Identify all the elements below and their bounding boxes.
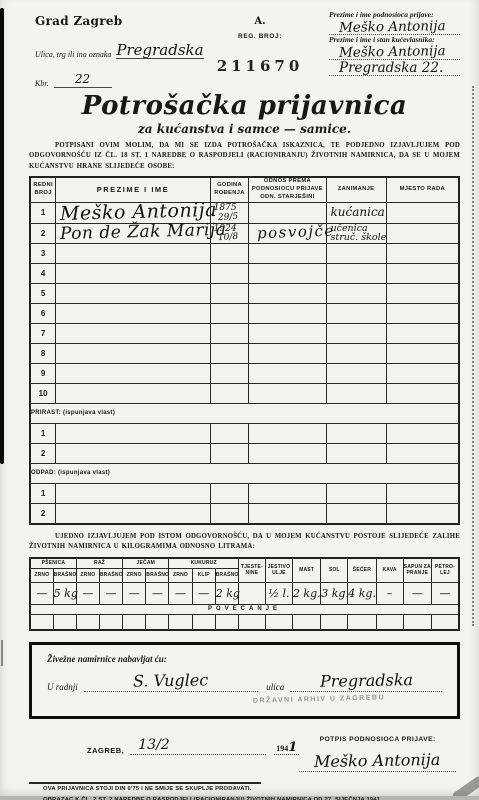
purchase-declaration-box: Živežne namirnice nabavljat ću: U radnji… bbox=[29, 642, 460, 719]
supply-value-handwritten: 2 kg bbox=[216, 587, 240, 600]
occupation-cell bbox=[326, 283, 386, 303]
occupation-handwritten: kućanica bbox=[327, 207, 386, 218]
house-number-row: Kbr. 22 bbox=[29, 72, 201, 87]
supply-cell: 4 kg. bbox=[348, 582, 376, 604]
relation-cell bbox=[249, 202, 326, 223]
occupation-cell bbox=[326, 363, 386, 383]
signature-handwritten: Meško Antonija bbox=[314, 752, 441, 769]
occupation-cell bbox=[326, 243, 386, 263]
name-cell bbox=[56, 303, 210, 323]
name-cell bbox=[56, 483, 210, 503]
supply-value-handwritten: ½ l. bbox=[268, 587, 289, 600]
row-number: 5 bbox=[30, 283, 56, 303]
person-row-3: 3 bbox=[30, 243, 459, 263]
workplace-cell bbox=[386, 343, 459, 363]
relation-cell bbox=[249, 443, 326, 463]
street-label-small: ulica bbox=[266, 682, 284, 692]
workplace-cell bbox=[386, 223, 459, 243]
household-table-body: 1 Meško Antonija 1875 29/5 kućanica 2 Po… bbox=[30, 202, 459, 524]
occupation-cell bbox=[326, 443, 386, 463]
supplies-values-row: — 5 kg — — — — — — 2 kg ½ l. 2 kg. 3 kg.… bbox=[30, 582, 459, 604]
house-number-handwritten: 22 bbox=[75, 72, 90, 86]
person-row-5: 5 bbox=[30, 283, 459, 303]
archive-stamp: DRŽAVNI ARHIV U ZAGREBU bbox=[253, 694, 385, 704]
supply-value-handwritten: 5 kg bbox=[54, 587, 78, 600]
empty-cell bbox=[321, 614, 348, 630]
empty-cell bbox=[123, 614, 146, 630]
house-owner-address-handwritten: Pregradska 22. bbox=[339, 62, 443, 75]
workplace-cell bbox=[386, 503, 459, 524]
birth-day-handwritten: 10/8 bbox=[214, 232, 252, 243]
supply-value-handwritten: — bbox=[36, 587, 47, 600]
col-header-salt: SOL bbox=[321, 558, 348, 583]
relation-cell bbox=[249, 263, 326, 283]
supply-cell: — bbox=[123, 582, 146, 604]
house-owner-name-handwritten: Meško Antonija bbox=[339, 45, 446, 60]
signature-line: Meško Antonija bbox=[299, 753, 456, 772]
supply-value-handwritten: — bbox=[82, 587, 93, 600]
name-cell bbox=[56, 243, 210, 263]
person-row-10: 10 bbox=[30, 383, 459, 403]
empty-cell bbox=[376, 614, 403, 630]
supply-cell: ½ l. bbox=[265, 582, 292, 604]
sub-header-flour: BRAŠNO bbox=[53, 568, 76, 582]
supply-cell: — bbox=[76, 582, 99, 604]
row-number: 1 bbox=[30, 483, 56, 503]
empty-cell bbox=[403, 614, 431, 630]
sub-header-grain: ZRNO bbox=[30, 568, 53, 582]
sub-header-flour: BRAŠNO bbox=[215, 568, 238, 582]
signature-block: POTPIS PODNOSIOCA PRIJAVE: Meško Antonij… bbox=[299, 736, 456, 772]
empty-cell bbox=[53, 614, 76, 630]
row-number: 3 bbox=[30, 243, 56, 263]
date-city-label: ZAGREB, bbox=[87, 746, 124, 755]
occupation-cell bbox=[326, 383, 386, 403]
household-table-head: REDNI BROJ PREZIME I IME GODINA ROĐENJA … bbox=[30, 177, 459, 202]
row-number: 4 bbox=[30, 263, 56, 283]
birth-cell bbox=[210, 483, 249, 503]
odpad-band-row: ODPAD: (ispunjava vlast) bbox=[30, 463, 459, 483]
name-cell bbox=[56, 503, 210, 524]
supplies-declaration-paragraph: UJEDNO IZJAVLJUJEM POD ISTOM ODGOVORNOŠĆ… bbox=[29, 532, 460, 553]
sub-header-grain: ZRNO bbox=[123, 568, 146, 582]
occupation-line2-handwritten: struč. škole bbox=[327, 233, 386, 242]
sub-header-grain: ZRNO bbox=[169, 568, 192, 582]
date-signature-row: ZAGREB, 13/2 1941 POTPIS PODNOSIOCA PRIJ… bbox=[29, 736, 460, 772]
odpad-row-2: 2 bbox=[30, 503, 459, 524]
name-cell bbox=[56, 443, 210, 463]
name-cell bbox=[56, 423, 210, 443]
supply-cell: – bbox=[376, 582, 403, 604]
relation-cell bbox=[249, 423, 326, 443]
supply-value-handwritten: 3 kg. bbox=[321, 587, 349, 600]
supply-value-handwritten: — bbox=[152, 587, 163, 600]
supply-cell: — bbox=[99, 582, 122, 604]
supplies-table-head: PŠENICA RAŽ JEČAM KUKURUZ TJESTE-NINE JE… bbox=[30, 558, 459, 583]
birth-cell bbox=[210, 423, 249, 443]
supply-value-handwritten: — bbox=[106, 587, 117, 600]
scanned-form-page: Grad Zagreb Ulica, trg ili ina oznaka Pr… bbox=[0, 0, 479, 800]
footer-notes: OVA PRIJAVNICA STOJI DIN 0'75 I NE SMIJE… bbox=[29, 782, 460, 800]
col-header-number: REDNI BROJ bbox=[30, 177, 56, 202]
birth-cell bbox=[210, 303, 249, 323]
birth-cell bbox=[210, 443, 249, 463]
relation-cell bbox=[249, 283, 326, 303]
row-number: 1 bbox=[30, 423, 56, 443]
col-header-petroleum: PETRO-LEJ bbox=[431, 558, 459, 583]
birth-cell bbox=[210, 263, 249, 283]
form-header: Grad Zagreb Ulica, trg ili ina oznaka Pr… bbox=[29, 10, 460, 88]
relation-cell bbox=[249, 483, 326, 503]
col-header-relation: ODNOS PREMA PODNOSIOCU PRIJAVE ODN. STAR… bbox=[249, 177, 326, 202]
relation-cell bbox=[249, 363, 326, 383]
house-owner-name-line: Meško Antonija bbox=[329, 44, 460, 60]
name-cell bbox=[56, 323, 210, 343]
birth-cell bbox=[210, 383, 249, 403]
col-header-sugar: ŠEĆER bbox=[348, 558, 376, 583]
registry-number-stamp: 211670 bbox=[201, 57, 319, 75]
name-cell: Pon de Žak Marija bbox=[56, 223, 210, 243]
col-header-pasta: TJESTE-NINE bbox=[238, 558, 265, 583]
odpad-row-1: 1 bbox=[30, 483, 459, 503]
supply-cell: — bbox=[169, 582, 192, 604]
occupation-cell bbox=[326, 423, 386, 443]
purchase-heading: Živežne namirnice nabavljat ću: bbox=[47, 654, 442, 664]
occupation-cell bbox=[326, 483, 386, 503]
supplies-table-body: — 5 kg — — — — — — 2 kg ½ l. 2 kg. 3 kg.… bbox=[30, 582, 459, 630]
form-content: Grad Zagreb Ulica, trg ili ina oznaka Pr… bbox=[0, 0, 479, 800]
group-header-wheat: PŠENICA bbox=[30, 558, 76, 569]
prirast-band-row: PRIRAST: (ispunjava vlast) bbox=[30, 403, 459, 423]
person-row-4: 4 bbox=[30, 263, 459, 283]
workplace-cell bbox=[386, 363, 459, 383]
footer-note-legal: OBRAZAC K ČL. 2 ST. 2 NAREDBE O RASPODJE… bbox=[29, 795, 460, 800]
empty-cell bbox=[146, 614, 169, 630]
relation-cell bbox=[249, 343, 326, 363]
group-header-barley: JEČAM bbox=[123, 558, 169, 569]
occupation-cell bbox=[326, 323, 386, 343]
birth-cell bbox=[210, 283, 249, 303]
applicant-line: Meško Antonija bbox=[329, 19, 460, 35]
sub-header-flour: BRAŠNO bbox=[146, 568, 169, 582]
person-row-8: 8 bbox=[30, 343, 459, 363]
name-cell bbox=[56, 263, 210, 283]
workplace-cell bbox=[386, 443, 459, 463]
supply-cell: — bbox=[192, 582, 215, 604]
street-label: Ulica, trg ili ina oznaka bbox=[35, 50, 111, 59]
date-block: ZAGREB, 13/2 1941 bbox=[87, 736, 299, 755]
street-row: Ulica, trg ili ina oznaka Pregradska bbox=[29, 43, 201, 59]
relation-cell bbox=[249, 503, 326, 524]
city-name: Grad Zagreb bbox=[29, 10, 201, 28]
shop-label: U radnji bbox=[47, 682, 78, 692]
empty-cell bbox=[348, 614, 376, 630]
person-row-1: 1 Meško Antonija 1875 29/5 kućanica bbox=[30, 202, 459, 223]
row-number: 2 bbox=[30, 223, 56, 243]
occupation-cell bbox=[326, 503, 386, 524]
shop-name-handwritten: S. Vuglec bbox=[133, 672, 208, 688]
supply-value-handwritten: — bbox=[175, 587, 186, 600]
empty-cell bbox=[192, 614, 215, 630]
empty-cell bbox=[99, 614, 122, 630]
row-number: 6 bbox=[30, 303, 56, 323]
applicant-name-handwritten: Meško Antonija bbox=[339, 20, 446, 35]
workplace-cell bbox=[386, 323, 459, 343]
birth-cell bbox=[210, 243, 249, 263]
household-members-table: REDNI BROJ PREZIME I IME GODINA ROĐENJA … bbox=[29, 176, 460, 524]
supply-cell: — bbox=[403, 582, 431, 604]
name-cell bbox=[56, 363, 210, 383]
street-fill-line: Pregradska bbox=[116, 43, 203, 59]
row-number: 10 bbox=[30, 383, 56, 403]
row-number: 9 bbox=[30, 363, 56, 383]
person-row-2: 2 Pon de Žak Marija 1924 10/8 posvojče u… bbox=[30, 223, 459, 243]
povecanje-band-row: POVEĆANJE bbox=[30, 604, 459, 614]
occupation-cell bbox=[326, 303, 386, 323]
food-supplies-table: PŠENICA RAŽ JEČAM KUKURUZ TJESTE-NINE JE… bbox=[29, 557, 460, 631]
odpad-band-label: ODPAD: (ispunjava vlast) bbox=[30, 463, 459, 483]
house-number-label: Kbr. bbox=[35, 79, 49, 88]
occupation-cell: učenica struč. škole bbox=[326, 223, 386, 243]
empty-cell bbox=[265, 614, 292, 630]
house-owner-address-line: Pregradska 22. bbox=[329, 60, 460, 76]
empty-cell bbox=[431, 614, 459, 630]
date-handwritten: 13/2 bbox=[138, 737, 169, 753]
year-printed: 1941 bbox=[274, 742, 299, 755]
footer-note-price: OVA PRIJAVNICA STOJI DIN 0'75 I NE SMIJE… bbox=[29, 784, 460, 796]
povecanje-empty-row bbox=[30, 614, 459, 630]
sub-header-flour: BRAŠNO bbox=[99, 568, 122, 582]
birth-cell bbox=[210, 363, 249, 383]
occupation-cell bbox=[326, 263, 386, 283]
declaration-paragraph: POTPISANI OVIM MOLIM, DA MI SE IZDA POTR… bbox=[29, 141, 460, 173]
name-handwritten: Pon de Žak Marija bbox=[56, 222, 227, 243]
prirast-row-2: 2 bbox=[30, 443, 459, 463]
supply-cell: 5 kg bbox=[53, 582, 76, 604]
supply-cell: — bbox=[146, 582, 169, 604]
supply-cell: 3 kg. bbox=[321, 582, 348, 604]
row-number: 7 bbox=[30, 323, 56, 343]
supply-value-handwritten: 2 kg. bbox=[293, 587, 321, 600]
section-letter: A. bbox=[201, 16, 319, 27]
relation-cell bbox=[249, 323, 326, 343]
supply-value-handwritten: — bbox=[129, 587, 140, 600]
workplace-cell bbox=[386, 202, 459, 223]
empty-cell bbox=[238, 614, 265, 630]
name-cell bbox=[56, 343, 210, 363]
workplace-cell bbox=[386, 263, 459, 283]
relation-cell bbox=[249, 243, 326, 263]
street-value-handwritten: Pregradska bbox=[116, 41, 203, 59]
supply-value-handwritten: — bbox=[439, 587, 450, 600]
signature-label: POTPIS PODNOSIOCA PRIJAVE: bbox=[299, 736, 456, 743]
col-header-occupation: ZANIMANJE bbox=[326, 177, 386, 202]
empty-cell bbox=[292, 614, 320, 630]
col-header-oil: JESTIVO ULJE bbox=[265, 558, 292, 583]
supply-cell bbox=[238, 582, 265, 604]
supply-cell: — bbox=[431, 582, 459, 604]
group-header-rye: RAŽ bbox=[76, 558, 122, 569]
workplace-cell bbox=[386, 423, 459, 443]
row-number: 2 bbox=[30, 443, 56, 463]
povecanje-label: POVEĆANJE bbox=[30, 604, 459, 614]
workplace-cell bbox=[386, 303, 459, 323]
col-header-lard: MAST bbox=[292, 558, 320, 583]
empty-cell bbox=[76, 614, 99, 630]
empty-cell bbox=[169, 614, 192, 630]
col-header-soap: SAPUN ZA PRANJE bbox=[403, 558, 431, 583]
year-digit-handwritten: 1 bbox=[288, 740, 297, 755]
supply-value-handwritten: — bbox=[198, 587, 209, 600]
sub-header-grain: ZRNO bbox=[76, 568, 99, 582]
col-header-coffee: KAVA bbox=[376, 558, 403, 583]
row-number: 2 bbox=[30, 503, 56, 524]
purchase-row: U radnji S. Vuglec ulica Pregradska bbox=[47, 673, 442, 692]
col-header-workplace: MJESTO RADA bbox=[386, 177, 459, 202]
prirast-row-1: 1 bbox=[30, 423, 459, 443]
row-number: 1 bbox=[30, 202, 56, 223]
prirast-band-label: PRIRAST: (ispunjava vlast) bbox=[30, 403, 459, 423]
supply-cell: — bbox=[30, 582, 53, 604]
supply-cell: 2 kg. bbox=[292, 582, 320, 604]
shop-street-fill-line: Pregradska bbox=[290, 673, 442, 692]
shop-fill-line: S. Vuglec bbox=[84, 673, 259, 692]
group-header-corn: KUKURUZ bbox=[169, 558, 238, 569]
birth-cell bbox=[210, 323, 249, 343]
sub-header-cob: KLIP bbox=[192, 568, 215, 582]
relation-cell bbox=[249, 383, 326, 403]
header-left: Grad Zagreb Ulica, trg ili ina oznaka Pr… bbox=[29, 10, 201, 88]
supply-cell: 2 kg bbox=[215, 582, 238, 604]
relation-cell: posvojče bbox=[249, 223, 326, 243]
person-row-7: 7 bbox=[30, 323, 459, 343]
form-title: Potrošačka prijavnica bbox=[29, 91, 460, 121]
workplace-cell bbox=[386, 383, 459, 403]
relation-cell bbox=[249, 303, 326, 323]
name-cell bbox=[56, 383, 210, 403]
form-subtitle: za kućanstva i samce — samice. bbox=[29, 122, 460, 136]
supply-value-handwritten: 4 kg. bbox=[348, 587, 376, 600]
workplace-cell bbox=[386, 283, 459, 303]
house-number-fill-line: 22 bbox=[54, 72, 112, 87]
empty-cell bbox=[215, 614, 238, 630]
person-row-6: 6 bbox=[30, 303, 459, 323]
supply-value-handwritten: — bbox=[412, 587, 423, 600]
workplace-cell bbox=[386, 243, 459, 263]
person-row-9: 9 bbox=[30, 363, 459, 383]
relation-handwritten: posvojče bbox=[249, 224, 335, 241]
date-fill-line: 13/2 bbox=[130, 736, 266, 755]
row-number: 8 bbox=[30, 343, 56, 363]
workplace-cell bbox=[386, 483, 459, 503]
shop-street-handwritten: Pregradska bbox=[319, 672, 412, 689]
birth-cell bbox=[210, 343, 249, 363]
empty-cell bbox=[30, 614, 53, 630]
year-printed-text: 194 bbox=[276, 744, 288, 753]
supply-value-handwritten: – bbox=[387, 587, 393, 600]
name-cell bbox=[56, 283, 210, 303]
header-right: Prezime i ime podnosioca prijave: Meško … bbox=[319, 10, 460, 76]
occupation-cell bbox=[326, 343, 386, 363]
registry-number-label: REG. BROJ: bbox=[201, 33, 319, 40]
col-header-name: PREZIME I IME bbox=[56, 177, 210, 202]
birth-cell bbox=[210, 503, 249, 524]
header-middle: A. REG. BROJ: 211670 bbox=[201, 10, 319, 75]
occupation-cell: kućanica bbox=[326, 202, 386, 223]
